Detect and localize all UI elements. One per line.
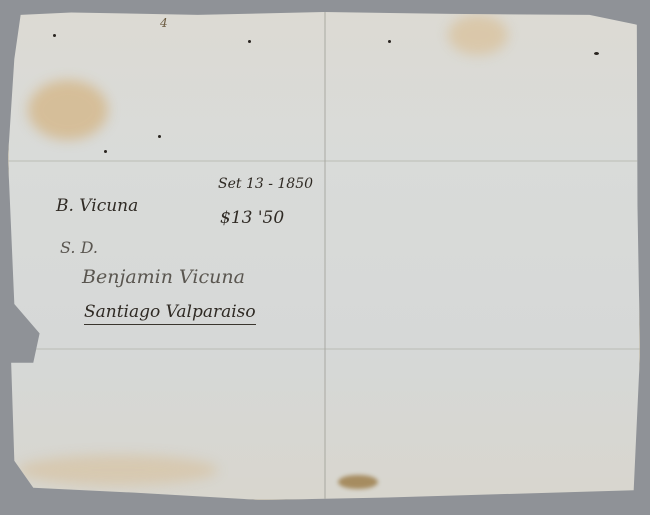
stain-bottom-left — [18, 455, 218, 485]
date-annotation: Set 13 - 1850 — [218, 176, 313, 192]
stain-top-center — [448, 15, 508, 55]
addressee-name: Benjamin Vicuna — [82, 266, 245, 288]
worm-hole — [53, 34, 56, 37]
worm-hole — [388, 40, 391, 43]
fold-horizontal-top — [8, 160, 640, 162]
stain-top-left — [28, 80, 108, 140]
document-paper: 4 Set 13 - 1850 B. Vicuna $13 '50 S. D. … — [8, 10, 640, 500]
worm-hole — [594, 52, 599, 55]
worm-hole — [248, 40, 251, 43]
fold-vertical — [324, 10, 326, 500]
top-mark: 4 — [160, 16, 168, 30]
sender-name: B. Vicuna — [56, 196, 138, 216]
addressee-location: Santiago Valparaiso — [84, 302, 256, 325]
salutation: S. D. — [60, 238, 98, 257]
stain-bottom — [338, 475, 378, 489]
amount-annotation: $13 '50 — [220, 208, 284, 228]
worm-hole — [104, 150, 107, 153]
fold-horizontal-bottom — [8, 348, 640, 350]
worm-hole — [158, 135, 161, 138]
